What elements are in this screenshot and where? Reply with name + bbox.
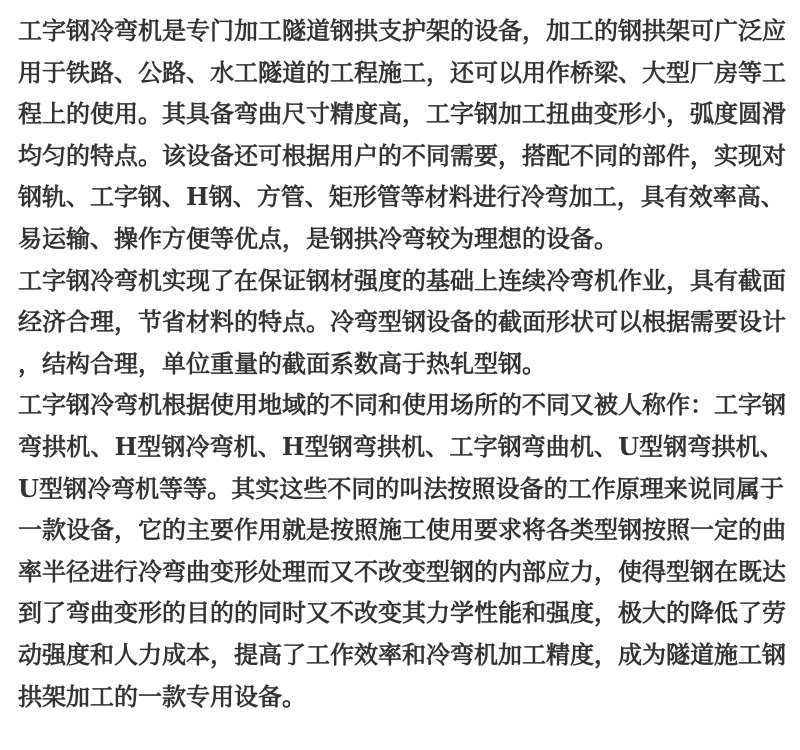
article-body: 工字钢冷弯机是专门加工隧道钢拱支护架的设备，加工的钢拱架可广泛应用于铁路、公路、…	[18, 10, 784, 717]
text-line: 易运输、操作方便等优点，是钢拱冷弯较为理想的设备。	[18, 218, 784, 260]
text-line: 程上的使用。其具备弯曲尺寸精度高，工字钢加工扭曲变形小，弧度圆滑	[18, 93, 784, 135]
text-line: 工字钢冷弯机是专门加工隧道钢拱支护架的设备，加工的钢拱架可广泛应	[18, 10, 784, 52]
text-line: 均匀的特点。该设备还可根据用户的不同需要，搭配不同的部件，实现对	[18, 135, 784, 177]
paragraph-3: 工字钢冷弯机根据使用地域的不同和使用场所的不同又被人称作：工字钢弯拱机、H型钢冷…	[18, 384, 784, 717]
text-line: 弯拱机、H型钢冷弯机、H型钢弯拱机、工字钢弯曲机、U型钢弯拱机、	[18, 426, 784, 468]
text-line: ，结构合理，单位重量的截面系数高于热轧型钢。	[18, 343, 784, 385]
text-line: 率半径进行冷弯曲变形处理而又不改变型钢的内部应力，使得型钢在既达	[18, 551, 784, 593]
text-line: 动强度和人力成本，提高了工作效率和冷弯机加工精度，成为隧道施工钢	[18, 634, 784, 676]
text-line: 拱架加工的一款专用设备。	[18, 676, 784, 718]
paragraph-1: 工字钢冷弯机是专门加工隧道钢拱支护架的设备，加工的钢拱架可广泛应用于铁路、公路、…	[18, 10, 784, 260]
text-line: 钢轨、工字钢、H钢、方管、矩形管等材料进行冷弯加工，具有效率高、	[18, 176, 784, 218]
text-line: 工字钢冷弯机实现了在保证钢材强度的基础上连续冷弯机作业，具有截面	[18, 260, 784, 302]
text-line: 到了弯曲变形的目的的同时又不改变其力学性能和强度，极大的降低了劳	[18, 592, 784, 634]
text-line: 工字钢冷弯机根据使用地域的不同和使用场所的不同又被人称作：工字钢	[18, 384, 784, 426]
text-line: 经济合理，节省材料的特点。冷弯型钢设备的截面形状可以根据需要设计	[18, 301, 784, 343]
paragraph-2: 工字钢冷弯机实现了在保证钢材强度的基础上连续冷弯机作业，具有截面经济合理，节省材…	[18, 260, 784, 385]
text-line: U型钢冷弯机等等。其实这些不同的叫法按照设备的工作原理来说同属于	[18, 468, 784, 510]
text-line: 用于铁路、公路、水工隧道的工程施工，还可以用作桥梁、大型厂房等工	[18, 52, 784, 94]
text-line: 一款设备，它的主要作用就是按照施工使用要求将各类型钢按照一定的曲	[18, 509, 784, 551]
